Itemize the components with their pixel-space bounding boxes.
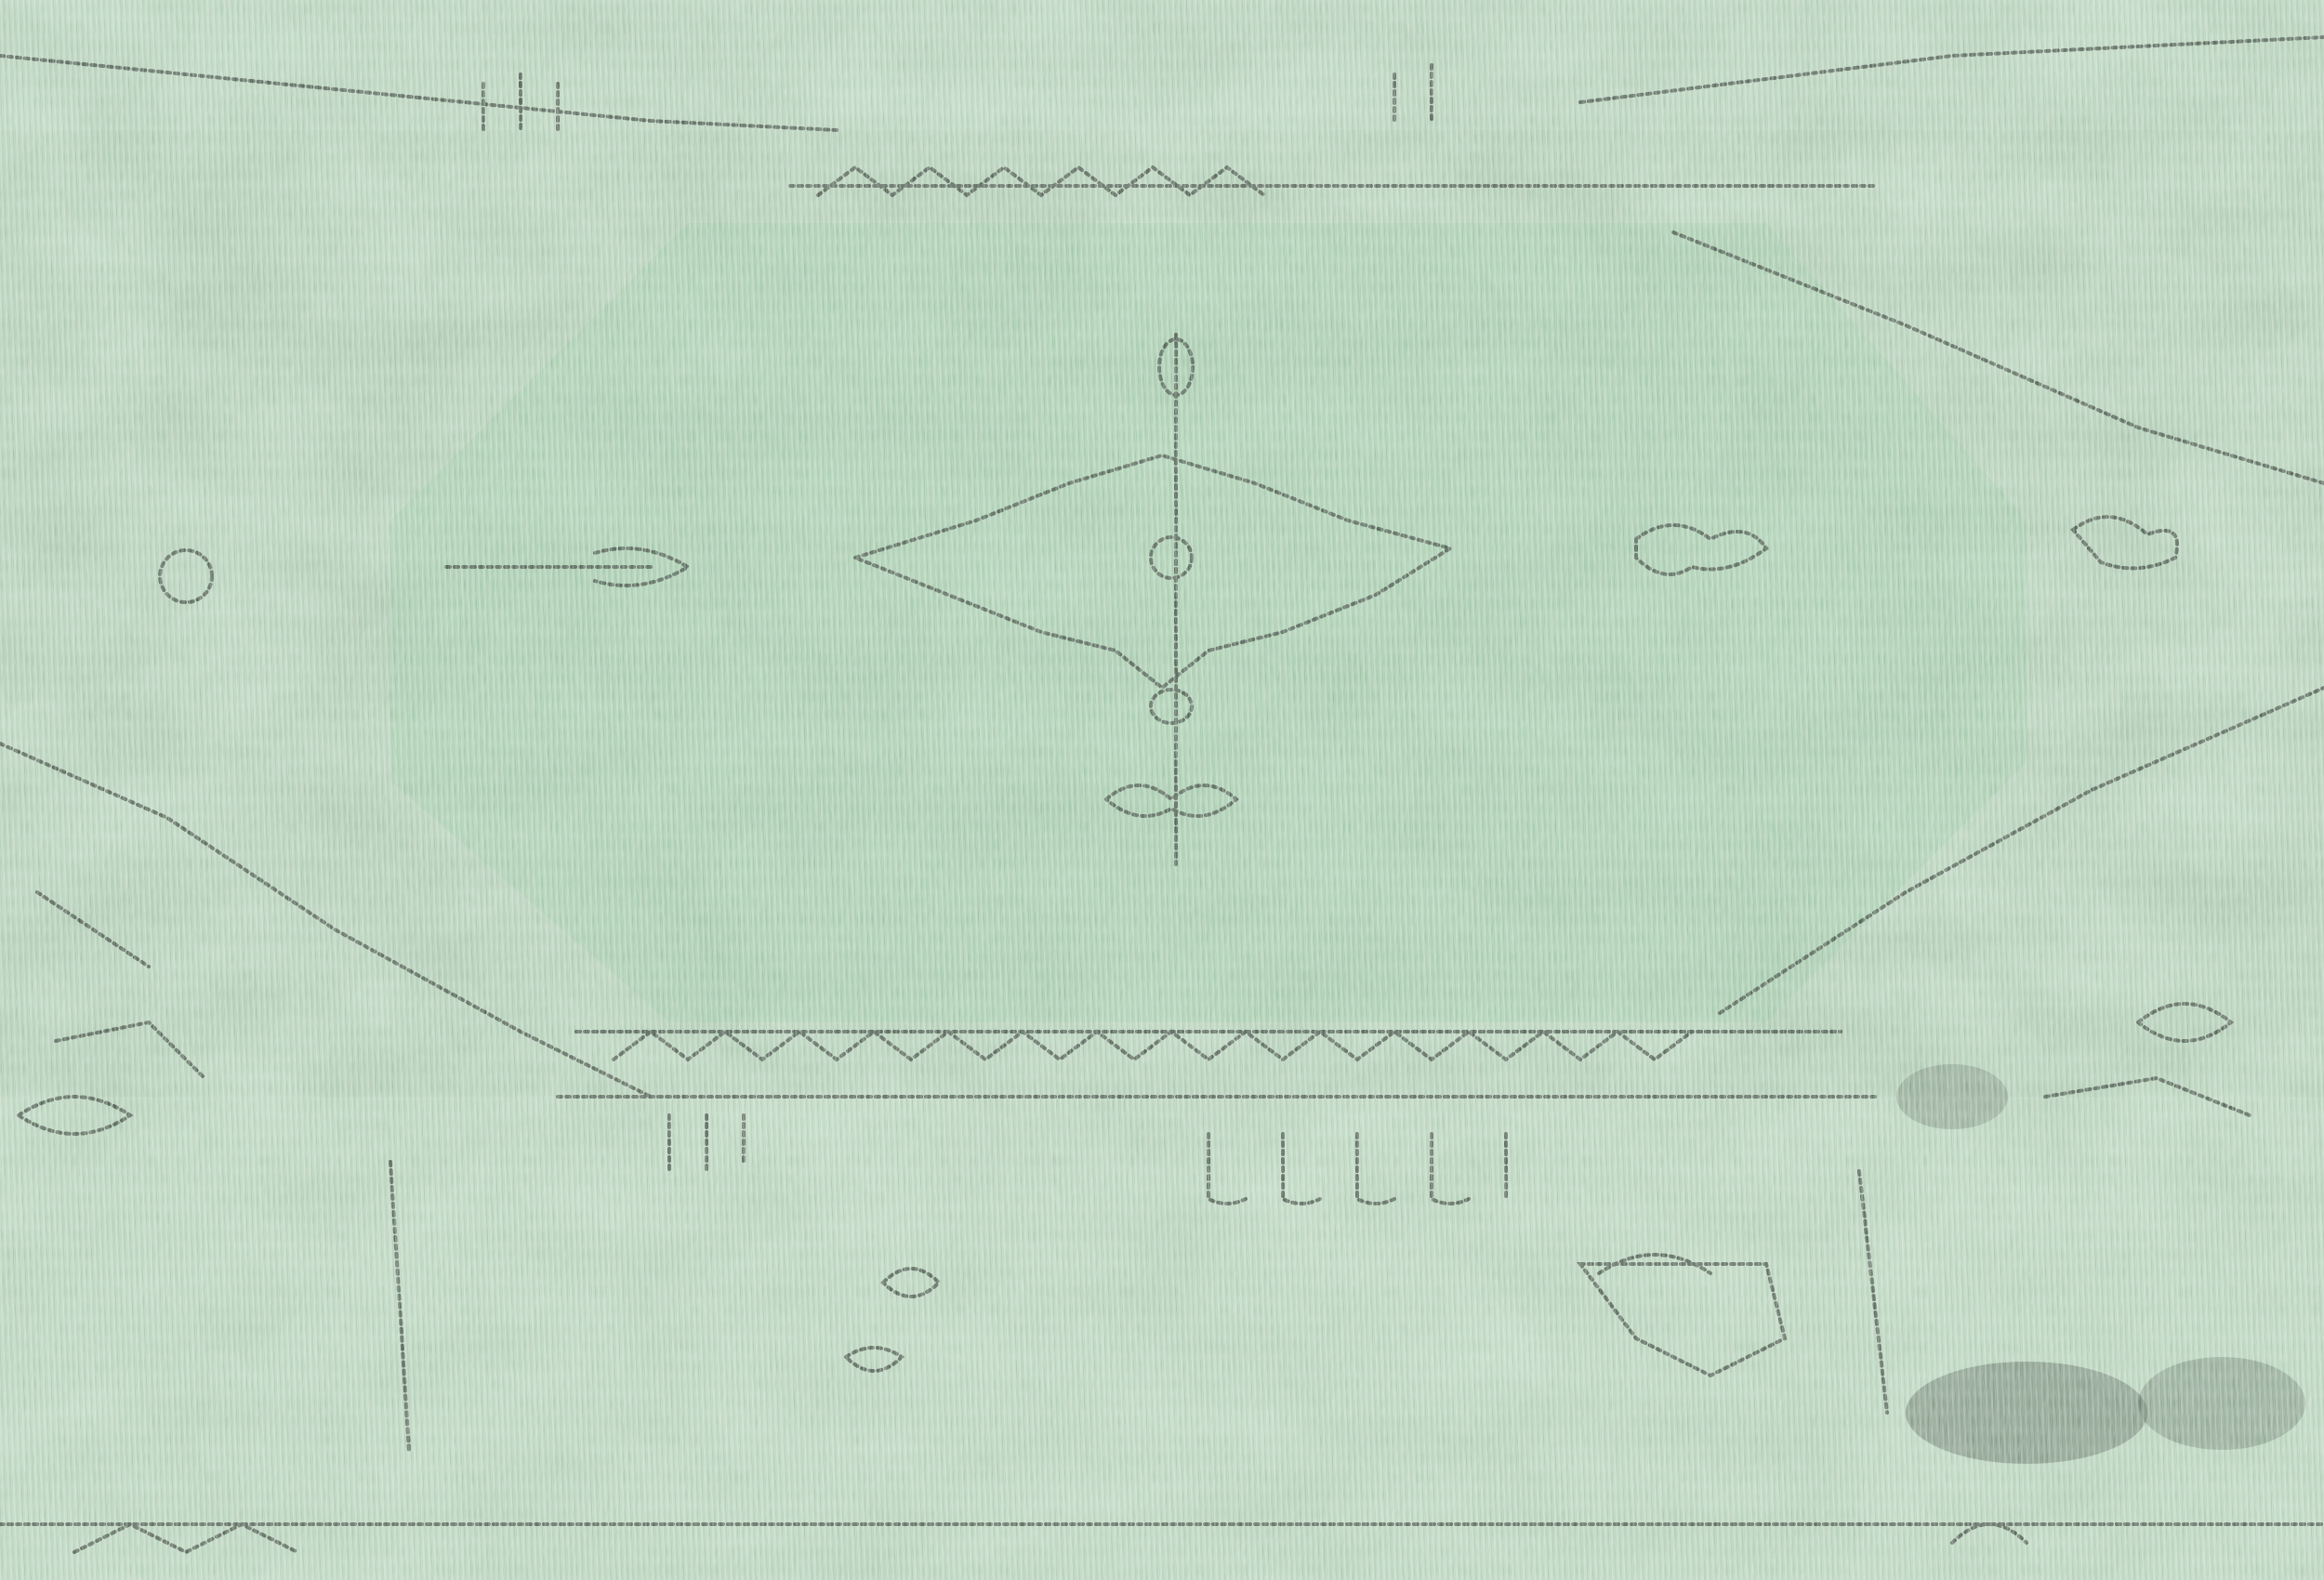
rug-photograph	[0, 0, 2324, 1580]
